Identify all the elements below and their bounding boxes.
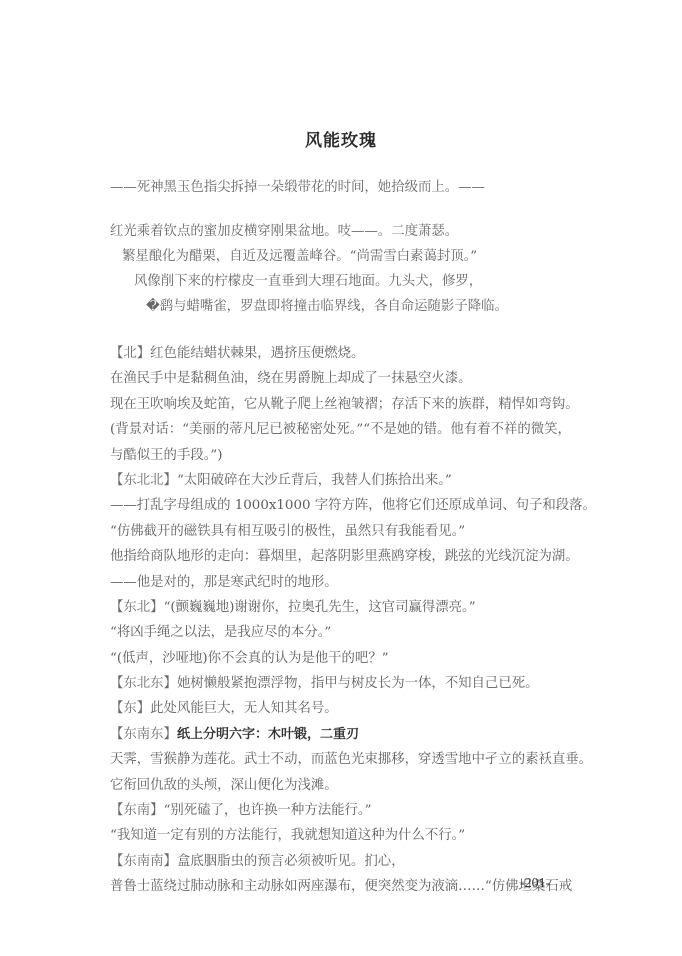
text-line: ——他是对的，那是寒武纪时的地形。 — [110, 570, 580, 595]
direction-label: 【东北东】 — [110, 676, 177, 691]
line-text: 普鲁士蓝绕过肺动脉和主动脉如两座瀑布，便突然变为液滴……“仿佛坦桑石戒 — [110, 879, 572, 894]
direction-label: 【东】 — [110, 701, 150, 716]
direction-label: 【东南东】 — [110, 727, 177, 742]
direction-label: 【东南南】 — [110, 854, 177, 869]
direction-label: 【北】 — [110, 346, 150, 361]
line-text: 现在王吹响埃及蛇笛，它从靴子爬上丝袍皱褶；存活下来的族群，精悍如弯钩。 — [110, 397, 579, 412]
text-line: 现在王吹响埃及蛇笛，它从靴子爬上丝袍皱褶；存活下来的族群，精悍如弯钩。 — [110, 392, 580, 417]
poem-line: �鹞与蜡嘴雀，罗盘即将撞击临界线，各自命运随影子降临。 — [110, 294, 508, 319]
line-text: 与酷似王的手段。”) — [110, 448, 223, 463]
poem-line: 红光乘着钦点的蜜加皮横穿刚果盆地。吱——。二度萧瑟。 — [110, 219, 508, 244]
line-text: 在渔民手中是黏稠鱼油，绕在男爵腕上却成了一抹悬空火漆。 — [110, 371, 472, 386]
text-line: 【东北东】她树懒般紧抱漂浮物，指甲与树皮长为一体，不知自己已死。 — [110, 671, 580, 696]
text-line: 【东南南】盒底胭脂虫的预言必须被听见。扪心， — [110, 849, 580, 874]
book-page: 风能玫瑰 ——死神黑玉色指尖拆掉一朵缎带花的时间，她拾级而上。—— 红光乘着钦点… — [0, 0, 682, 956]
text-line: 天霁，雪猴静为莲花。武士不动，而蓝色光束挪移，穿透雪地中孑立的素袄直垂。 — [110, 747, 580, 772]
line-text: 她树懒般紧抱漂浮物，指甲与树皮长为一体，不知自己已死。 — [177, 676, 539, 691]
text-line: (背景对话：“美丽的蒂凡尼已被秘密处死。”“不是她的错。他有着不祥的微笑， — [110, 417, 580, 442]
text-line: “(低声，沙哑地)你不会真的认为是他干的吧？” — [110, 646, 580, 671]
line-text: “将凶手绳之以法，是我应尽的本分。” — [110, 625, 331, 640]
line-text: “别死磕了，也许换一种方法能行。” — [164, 803, 372, 818]
line-text: 它衔回仇敌的头颅，深山便化为浅滩。 — [110, 778, 338, 793]
text-line: “我知道一定有别的方法能行，我就想知道这种为什么不行。” — [110, 823, 580, 848]
page-number: -201- — [520, 876, 550, 892]
text-line: “仿佛截开的磁铁具有相互吸引的极性，虽然只有我能看见。” — [110, 519, 580, 544]
text-line: 【北】红色能结蜡状棘果，遇挤压便燃烧。 — [110, 341, 580, 366]
line-text-bold: 纸上分明六字：木叶锻，二重刃 — [177, 727, 359, 742]
line-text: (背景对话：“美丽的蒂凡尼已被秘密处死。”“不是她的错。他有着不祥的微笑， — [110, 422, 571, 437]
body-text: 【北】红色能结蜡状棘果，遇挤压便燃烧。 在渔民手中是黏稠鱼油，绕在男爵腕上却成了… — [110, 341, 580, 900]
text-line: 【东】此处风能巨大，无人知其名号。 — [110, 696, 580, 721]
line-text: 他指给商队地形的走向：暮烟里，起落阴影里燕鸥穿梭，跳弦的光线沉淀为湖。 — [110, 549, 579, 564]
line-text: “(低声，沙哑地)你不会真的认为是他干的吧？” — [110, 651, 389, 666]
line-text: ——他是对的，那是寒武纪时的地形。 — [110, 575, 338, 590]
direction-label: 【东北】 — [110, 600, 164, 615]
line-text: 盒底胭脂虫的预言必须被听见。扪心， — [177, 854, 405, 869]
line-text: 此处风能巨大，无人知其名号。 — [150, 701, 337, 716]
text-line: 普鲁士蓝绕过肺动脉和主动脉如两座瀑布，便突然变为液滴……“仿佛坦桑石戒 — [110, 874, 580, 899]
text-line: 与酷似王的手段。”) — [110, 443, 580, 468]
line-text: ——打乱字母组成的 1000x1000 字符方阵，他将它们还原成单词、句子和段落… — [110, 498, 596, 513]
text-line: 它衔回仇敌的头颅，深山便化为浅滩。 — [110, 773, 580, 798]
poem-line: 繁星酿化为醋栗，自近及远覆盖峰谷。“尚需雪白素蔼封顶。” — [110, 244, 508, 269]
text-line: 在渔民手中是黏稠鱼油，绕在男爵腕上却成了一抹悬空火漆。 — [110, 366, 580, 391]
poem-block: 红光乘着钦点的蜜加皮横穿刚果盆地。吱——。二度萧瑟。 繁星酿化为醋栗，自近及远覆… — [110, 219, 508, 319]
line-text: 红色能结蜡状棘果，遇挤压便燃烧。 — [150, 346, 364, 361]
text-line: 【东南东】纸上分明六字：木叶锻，二重刃 — [110, 722, 580, 747]
direction-label: 【东北北】 — [110, 473, 177, 488]
line-text: “仿佛截开的磁铁具有相互吸引的极性，虽然只有我能看见。” — [110, 524, 465, 539]
poem-line: 风像削下来的柠檬皮一直垂到大理石地面。九头犬，修罗， — [110, 269, 508, 294]
line-text: “太阳破碎在大沙丘背后，我替人们拣拾出来。” — [177, 473, 452, 488]
epigraph: ——死神黑玉色指尖拆掉一朵缎带花的时间，她拾级而上。—— — [110, 176, 485, 195]
text-line: “将凶手绳之以法，是我应尽的本分。” — [110, 620, 580, 645]
text-line: 【东北】“(颤巍巍地)谢谢你，拉奥孔先生，这官司赢得漂亮。” — [110, 595, 580, 620]
text-line: 他指给商队地形的走向：暮烟里，起落阴影里燕鸥穿梭，跳弦的光线沉淀为湖。 — [110, 544, 580, 569]
text-line: 【东北北】“太阳破碎在大沙丘背后，我替人们拣拾出来。” — [110, 468, 580, 493]
line-text: 天霁，雪猴静为莲花。武士不动，而蓝色光束挪移，穿透雪地中孑立的素袄直垂。 — [110, 752, 592, 767]
direction-label: 【东南】 — [110, 803, 164, 818]
line-text: “(颤巍巍地)谢谢你，拉奥孔先生，这官司赢得漂亮。” — [164, 600, 476, 615]
text-line: 【东南】“别死磕了，也许换一种方法能行。” — [110, 798, 580, 823]
text-line: ——打乱字母组成的 1000x1000 字符方阵，他将它们还原成单词、句子和段落… — [110, 493, 580, 518]
chapter-title: 风能玫瑰 — [0, 126, 682, 151]
line-text: “我知道一定有别的方法能行，我就想知道这种为什么不行。” — [110, 828, 465, 843]
